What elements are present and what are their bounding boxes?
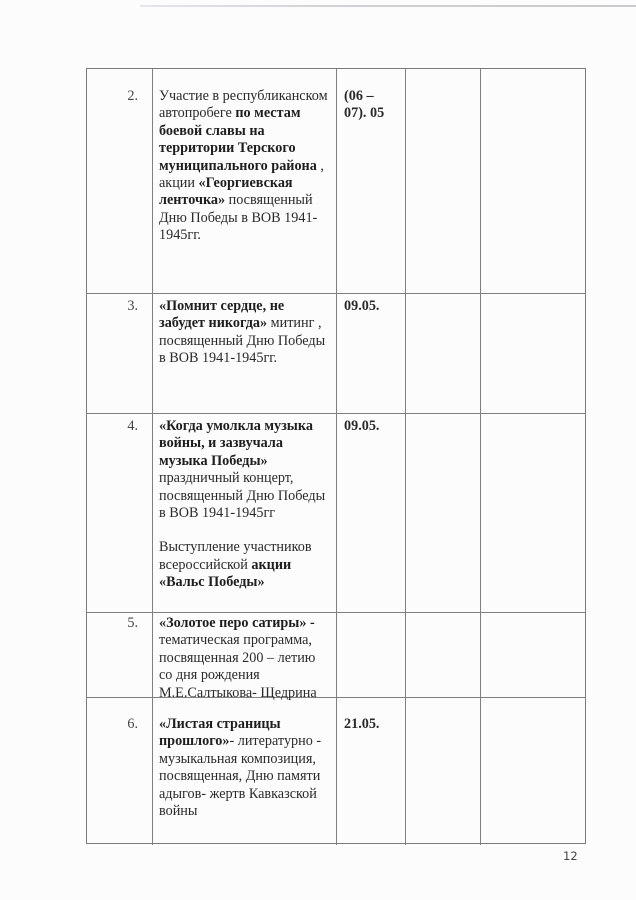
event-date: 09.05. xyxy=(337,414,406,612)
events-table: 2. Участие в республиканском автопробеге… xyxy=(86,68,586,844)
table-row: 6. «Листая страницы прошлого»- литератур… xyxy=(87,698,585,845)
event-title: «Золотое перо сатиры» - тематическая про… xyxy=(153,613,337,697)
empty-cell xyxy=(406,698,481,845)
empty-cell xyxy=(406,294,481,413)
table-row: 3. «Помнит сердце, не забудет никогда» м… xyxy=(87,294,585,414)
row-number: 6. xyxy=(87,698,153,845)
page-number: 12 xyxy=(563,849,578,863)
event-date: 21.05. xyxy=(337,698,406,845)
event-date: 09.05. xyxy=(337,294,406,413)
empty-cell xyxy=(481,698,585,845)
event-date xyxy=(337,613,406,697)
table-row: 4. «Когда умолкла музыка войны, и зазвуч… xyxy=(87,414,585,613)
scan-artifact-line xyxy=(140,5,636,7)
empty-cell xyxy=(481,613,585,697)
row-number: 2. xyxy=(87,69,153,293)
table-row: 2. Участие в республиканском автопробеге… xyxy=(87,69,585,294)
empty-cell xyxy=(481,69,585,293)
table-row: 5. «Золотое перо сатиры» - тематическая … xyxy=(87,613,585,698)
event-title: Участие в республиканском автопробеге по… xyxy=(153,69,337,293)
empty-cell xyxy=(406,613,481,697)
empty-cell xyxy=(406,414,481,612)
row-number: 4. xyxy=(87,414,153,612)
row-number: 5. xyxy=(87,613,153,697)
event-date: (06 – 07). 05 xyxy=(337,69,406,293)
event-title: «Когда умолкла музыка войны, и зазвучала… xyxy=(153,414,337,612)
event-title: «Листая страницы прошлого»- литературно … xyxy=(153,698,337,845)
row-number: 3. xyxy=(87,294,153,413)
empty-cell xyxy=(481,294,585,413)
empty-cell xyxy=(406,69,481,293)
event-title: «Помнит сердце, не забудет никогда» мити… xyxy=(153,294,337,413)
empty-cell xyxy=(481,414,585,612)
